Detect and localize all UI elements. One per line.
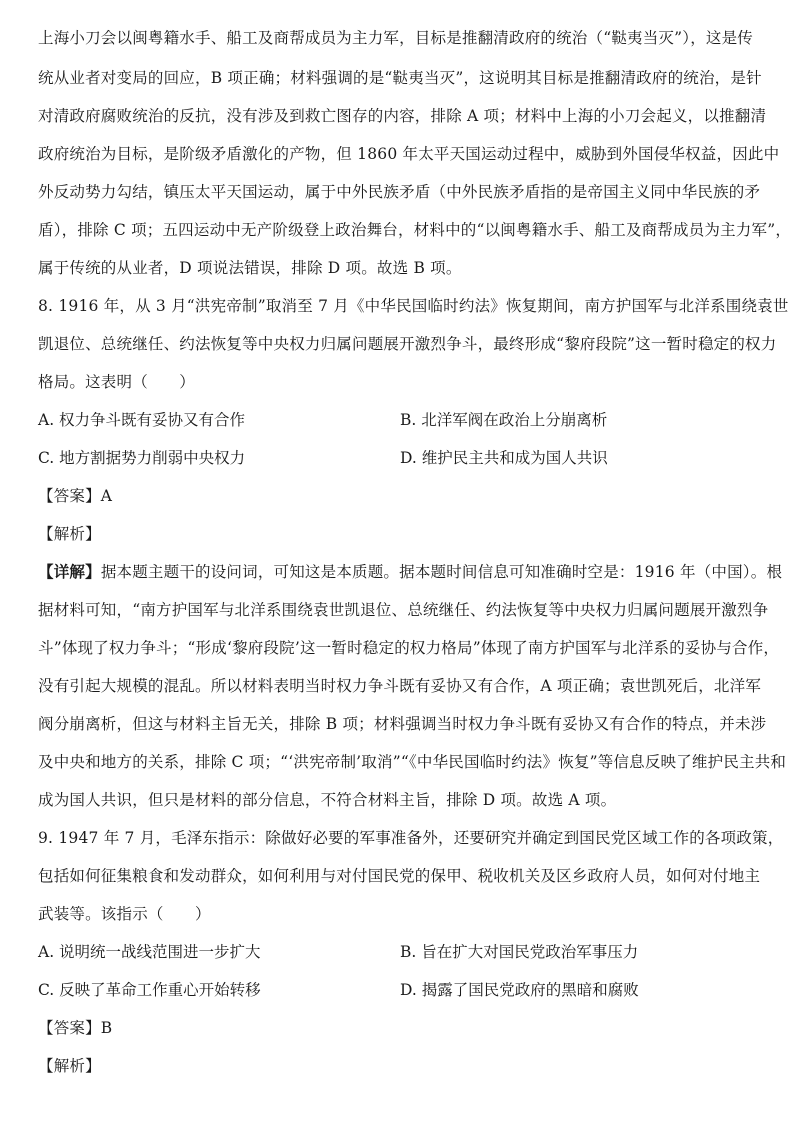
- answer-label: 【答案】B: [38, 1018, 762, 1038]
- detail-line: 斗”体现了权力争斗；“形成‘黎府段院’这一暂时稳定的权力格局”体现了南方护国军与…: [38, 638, 762, 658]
- question-stem: 武装等。该指示（ ）: [38, 904, 762, 924]
- analysis-label: 【解析】: [38, 1056, 762, 1076]
- option-d: D. 揭露了国民党政府的黑暗和腐败: [400, 980, 639, 1000]
- question-stem: 格局。这表明（ ）: [38, 372, 762, 392]
- option-a: A. 说明统一战线范围进一步扩大: [38, 942, 261, 962]
- detail-line: 及中央和地方的关系，排除 C 项；“‘洪宪帝制’取消”“《中华民国临时约法》恢复…: [38, 752, 762, 772]
- question-stem: 8. 1916 年，从 3 月“洪宪帝制”取消至 7 月《中华民国临时约法》恢复…: [38, 296, 762, 316]
- question-stem: 9. 1947 年 7 月，毛泽东指示：除做好必要的军事准备外，还要研究并确定到…: [38, 828, 762, 848]
- detail-line: 【详解】据本题主题干的设问词，可知这是本质题。据本题时间信息可知准确时空是：19…: [38, 562, 762, 582]
- option-b: B. 北洋军阀在政治上分崩离析: [400, 410, 607, 430]
- text-line: 上海小刀会以闽粤籍水手、船工及商帮成员为主力军，目标是推翻清政府的统治（“鞑夷当…: [38, 28, 762, 48]
- detail-text: 据本题主题干的设问词，可知这是本质题。据本题时间信息可知准确时空是：1916 年…: [101, 563, 782, 581]
- document-page: 上海小刀会以闽粤籍水手、船工及商帮成员为主力军，目标是推翻清政府的统治（“鞑夷当…: [0, 0, 800, 1126]
- text-line: 对清政府腐败统治的反抗，没有涉及到救亡图存的内容，排除 A 项；材料中上海的小刀…: [38, 106, 762, 126]
- question-stem: 凯退位、总统继任、约法恢复等中央权力归属问题展开激烈争斗，最终形成“黎府段院”这…: [38, 334, 762, 354]
- option-c: C. 反映了革命工作重心开始转移: [38, 980, 261, 1000]
- detail-label: 【详解】: [38, 562, 101, 581]
- question-stem: 包括如何征集粮食和发动群众，如何利用与对付国民党的保甲、税收机关及区乡政府人员，…: [38, 866, 762, 886]
- option-c: C. 地方割据势力削弱中央权力: [38, 448, 245, 468]
- option-d: D. 维护民主共和成为国人共识: [400, 448, 608, 468]
- text-line: 政府统治为目标，是阶级矛盾激化的产物，但 1860 年太平天国运动过程中，威胁到…: [38, 144, 762, 164]
- analysis-label: 【解析】: [38, 524, 762, 544]
- text-line: 盾），排除 C 项；五四运动中无产阶级登上政治舞台，材料中的“以闽粤籍水手、船工…: [38, 220, 762, 240]
- detail-line: 成为国人共识，但只是材料的部分信息，不符合材料主旨，排除 D 项。故选 A 项。: [38, 790, 762, 810]
- detail-line: 阀分崩离析，但这与材料主旨无关，排除 B 项；材料强调当时权力争斗既有妥协又有合…: [38, 714, 762, 734]
- detail-line: 没有引起大规模的混乱。所以材料表明当时权力争斗既有妥协又有合作，A 项正确；袁世…: [38, 676, 762, 696]
- text-line: 外反动势力勾结，镇压太平天国运动，属于中外民族矛盾（中外民族矛盾指的是帝国主义同…: [38, 182, 762, 202]
- option-b: B. 旨在扩大对国民党政治军事压力: [400, 942, 638, 962]
- detail-line: 据材料可知，“南方护国军与北洋系围绕袁世凯退位、总统继任、约法恢复等中央权力归属…: [38, 600, 762, 620]
- answer-label: 【答案】A: [38, 486, 762, 506]
- option-a: A. 权力争斗既有妥协又有合作: [38, 410, 245, 430]
- text-line: 属于传统的从业者，D 项说法错误，排除 D 项。故选 B 项。: [38, 258, 762, 278]
- text-line: 统从业者对变局的回应，B 项正确；材料强调的是“鞑夷当灭”，这说明其目标是推翻清…: [38, 68, 762, 88]
